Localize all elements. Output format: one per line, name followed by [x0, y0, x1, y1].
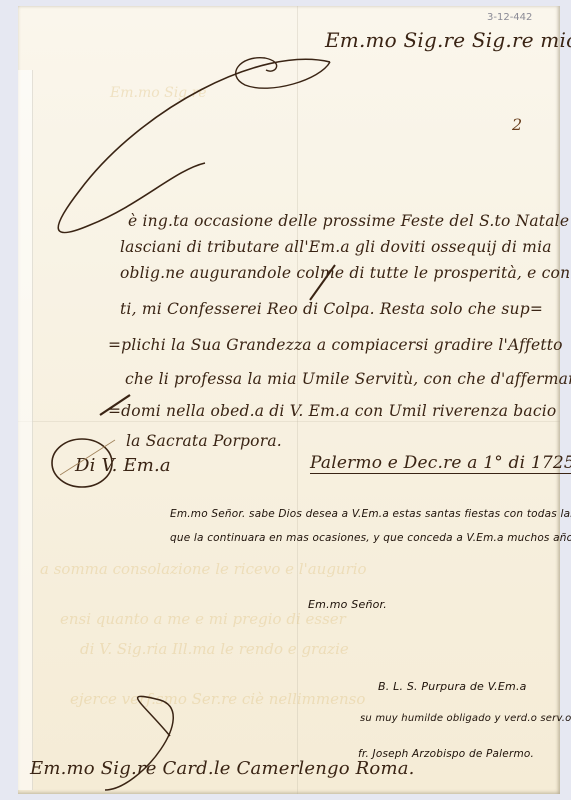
body-line: =domi nella obed.a di V. Em.a con Umil r… [108, 402, 556, 420]
closing-formula: Di V. Em.a [75, 455, 171, 476]
paper-edge-strip [18, 70, 33, 790]
archive-number: 3-12-442 [487, 12, 532, 23]
manuscript-page [18, 6, 560, 794]
body-line: che li professa la mia Umile Servitù, co… [125, 370, 571, 388]
bleed-through-text: Em.mo Sig.re [110, 85, 207, 101]
bleed-through-text: di V. Sig.ria Ill.ma le rendo e grazie [80, 640, 349, 658]
annotation-line: Em.mo Señor. sabe Dios desea a V.Em.a es… [170, 508, 571, 520]
vertical-fold-line [297, 6, 298, 794]
bleed-through-text: a somma consolazione le ricevo e l'augur… [40, 560, 367, 578]
body-line: lasciani di tributare all'Em.a gli dovit… [120, 238, 552, 256]
body-line: oblig.ne augurandole colme di tutte le p… [120, 264, 571, 282]
horizontal-fold-line [18, 421, 560, 422]
body-line: è ing.ta occasione delle prossime Feste … [128, 212, 569, 230]
addressee: Em.mo Sig.re Card.le Camerlengo Roma. [30, 758, 415, 779]
body-line: ti, mi Confesserei Reo di Colpa. Resta s… [120, 300, 543, 318]
signature-line: su muy humilde obligado y verd.o serv.or [360, 713, 571, 724]
body-line: la Sacrata Porpora. [126, 432, 282, 450]
annotation-salutation: Em.mo Señor. [308, 598, 387, 611]
page-mark: 2 [512, 115, 522, 134]
body-line: =plichi la Sua Grandezza a compiacersi g… [108, 336, 563, 354]
place-date-text: Palermo e Dec.re a 1° di 1725. [310, 453, 571, 474]
signature-line: B. L. S. Purpura de V.Em.a [378, 680, 527, 693]
salutation: Em.mo Sig.re Sig.re mio Pne Col.mo [325, 28, 571, 52]
place-date: Palermo e Dec.re a 1° di 1725. [310, 453, 571, 473]
bleed-through-text: ensi quanto a me e mi pregio di esser [60, 610, 346, 628]
bleed-through-text: ejerce verf.smo Ser.re ciè nellimmenso [70, 690, 365, 708]
annotation-line: que la continuara en mas ocasiones, y qu… [170, 532, 571, 544]
